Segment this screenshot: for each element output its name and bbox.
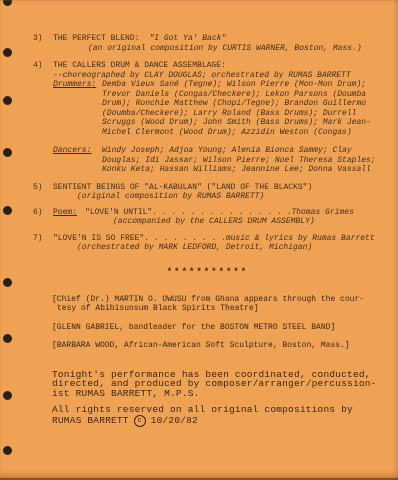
dancers-line: Douglas; Idi Jassar; Wilson Pierre; Noel… (102, 156, 382, 166)
item-6-title: "LOVE'N UNTIL". (85, 208, 157, 217)
rights-signature-line: RUMAS BARRETT c 10/20/82 (52, 415, 382, 427)
item-4-number: 4) (33, 61, 53, 175)
dancers-line: Windy Joseph; Adjoa Young; Alenia Bionca… (102, 146, 382, 156)
item-3-title-line: THE PERFECT BLEND:"I Got Ya' Back" (53, 34, 382, 44)
item-4-title: THE CALLERS DRUM & DANCE ASSEMBLAGE: (53, 61, 382, 71)
dancers-line: Konku Keta; Hassan Williams; Jeannine Le… (102, 165, 382, 175)
drummers-line: Scruggs (Wood Drum); John Smith (Bass Dr… (102, 118, 382, 128)
item-7-number: 7) (33, 234, 53, 253)
note-line: [Chief (Dr.) MARTIN O. OWUSU from Ghana … (52, 295, 382, 305)
item-6-title-line: Poem:"LOVE'N UNTIL". . . . . . . . . . .… (53, 208, 382, 218)
item-5-subtitle: (original composition by RUMAS BARRETT) (77, 192, 382, 202)
item-7-dot-leader: . . . . . . . . (149, 234, 226, 243)
item-7-credit: music & lyrics by Rumas Barrett (226, 234, 375, 243)
program-item-7: 7) "LOVE'N IS SO FREE". . . . . . . . .m… (33, 234, 382, 253)
item-6-dot-leader: . . . . . . . . . . . . . . (157, 208, 291, 217)
guest-note-owusu: [Chief (Dr.) MARTIN O. OWUSU from Ghana … (52, 295, 382, 314)
program-content: 3) THE PERFECT BLEND:"I Got Ya' Back" (a… (0, 0, 398, 427)
drummers-line: Demba Vieux Sané (Tegne); Wilson Pierre … (102, 80, 382, 90)
item-6-credit: Thomas Grimes (291, 208, 353, 217)
program-page: 3) THE PERFECT BLEND:"I Got Ya' Back" (a… (0, 0, 398, 480)
guest-note-gabriel: [GLENN GABRIEL, bandleader for the BOSTO… (52, 323, 382, 333)
rights-statement: All rights reserved on all original comp… (52, 405, 382, 427)
item-6-subtitle: (accompanied by the CALLERS DRUM ASSEMBL… (113, 217, 382, 227)
item-7-subtitle: (orchestrated by MARK LEDFORD, Detroit, … (77, 243, 382, 253)
drummers-names: Demba Vieux Sané (Tegne); Wilson Pierre … (102, 80, 382, 137)
item-6-label: Poem: (53, 208, 77, 217)
guest-note-wood: [BARBARA WOOD, African-American Soft Scu… (52, 341, 382, 351)
item-6-number: 6) (33, 208, 53, 227)
credit-line: ist RUMAS BARRETT, M.P.S. (52, 389, 382, 399)
drummers-line: Michel Clermont (Wood Drum); Azzidin Wes… (102, 128, 382, 138)
rights-line: All rights reserved on all original comp… (52, 405, 382, 415)
drummers-line: Trevor Daniels (Congas/Checkere); Lekon … (102, 90, 382, 100)
rights-date: 10/20/82 (151, 416, 198, 426)
note-line: tesy of Abibisunsum Black Spirits Theatr… (52, 304, 382, 314)
production-credit: Tonight's performance has been coordinat… (52, 370, 382, 399)
program-item-5: 5) SENTIENT BEINGS OF "AL-KABULAN" ("LAN… (33, 183, 382, 202)
item-3-subtitle: (an original composition by CURTIS WARNE… (88, 44, 382, 54)
program-item-3: 3) THE PERFECT BLEND:"I Got Ya' Back" (a… (33, 34, 382, 53)
drummers-line: Drum); Ronchie Matthew (Chopi/Tegne); Br… (102, 99, 382, 109)
drummers-label: Drummers: (53, 80, 102, 137)
rights-name: RUMAS BARRETT (52, 416, 129, 426)
item-3-song-title: "I Got Ya' Back" (149, 34, 226, 43)
punch-hole (3, 446, 12, 455)
dancers-section: Dancers: Windy Joseph; Adjoa Young; Alen… (53, 146, 382, 175)
item-5-title: SENTIENT BEINGS OF "AL-KABULAN" ("LAND O… (53, 183, 382, 193)
program-item-4: 4) THE CALLERS DRUM & DANCE ASSEMBLAGE: … (33, 61, 382, 175)
item-3-number: 3) (33, 34, 53, 53)
asterisk-separator: *********** (33, 267, 382, 277)
copyright-icon: c (134, 415, 146, 427)
item-4-subtitle: --choreographed by CLAY DOUGLAS; orchest… (53, 71, 382, 81)
item-7-title: "LOVE'N IS SO FREE". (53, 234, 149, 243)
dancers-names: Windy Joseph; Adjoa Young; Alenia Bionca… (102, 146, 382, 175)
drummers-line: (Doumba/Checkere); Larry Roland (Bass Dr… (102, 109, 382, 119)
program-item-6: 6) Poem:"LOVE'N UNTIL". . . . . . . . . … (33, 208, 382, 227)
drummers-section: Drummers: Demba Vieux Sané (Tegne); Wils… (53, 80, 382, 137)
dancers-label: Dancers: (53, 146, 102, 175)
item-5-number: 5) (33, 183, 53, 202)
item-3-title: THE PERFECT BLEND: (53, 34, 139, 43)
item-7-title-line: "LOVE'N IS SO FREE". . . . . . . . .musi… (53, 234, 382, 244)
